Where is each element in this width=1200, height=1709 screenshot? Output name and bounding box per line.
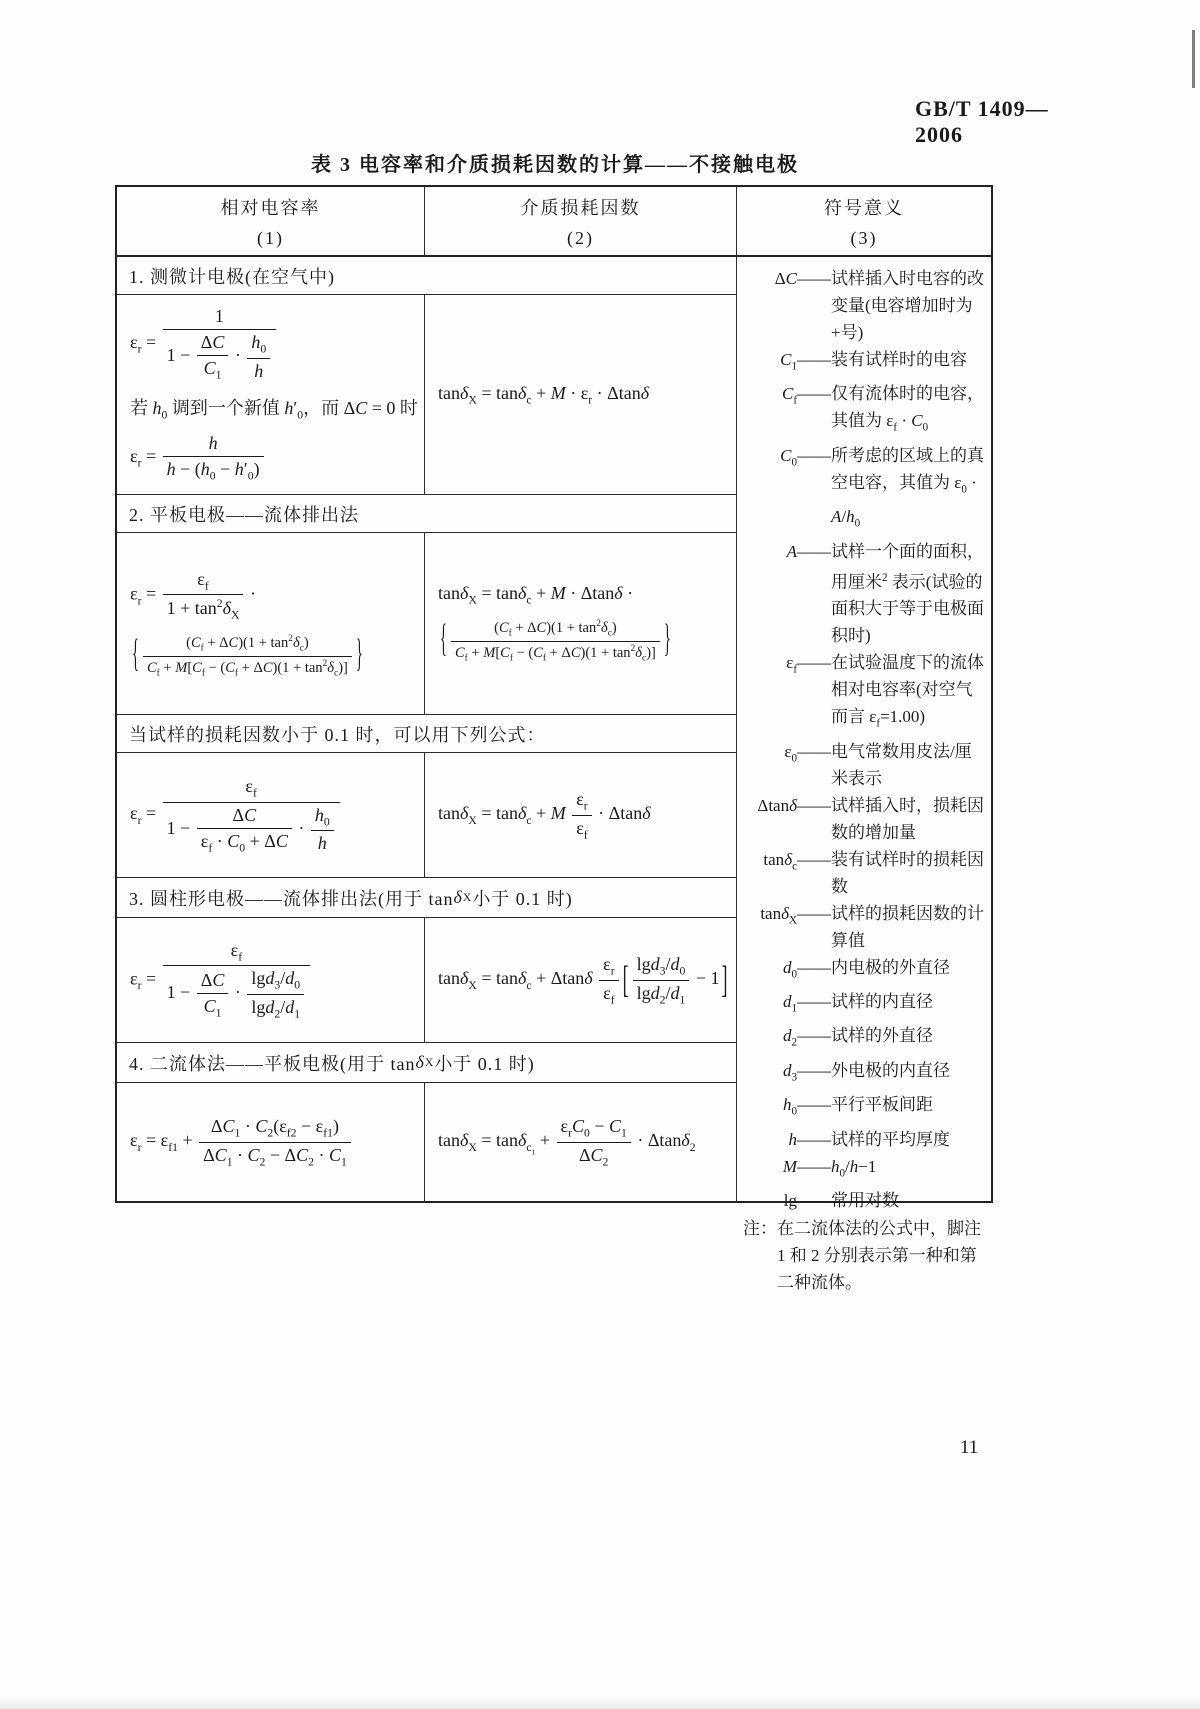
formula-tandelta-1: tanδX = tanδc + M · εr · Δtanδ	[438, 383, 732, 407]
small-loss-note-row: 当试样的损耗因数小于 0.1 时，可以用下列公式：	[117, 715, 737, 753]
small-loss-permittivity-cell: εr = εf1 − ΔCεf · C0 + ΔC · h0h	[117, 753, 425, 878]
formula-table: 相对电容率 (1) 介质损耗因数 (2) 符号意义 (3) 1. 测微计电极(在…	[115, 185, 993, 1203]
formula-epsilon-3: εr = εf1 − ΔCC1 · lgd3/d0lgd2/d1	[130, 940, 420, 1021]
symbol-item: ε0——电气常数用皮法/厘米表示	[743, 738, 985, 792]
symbol-item: ΔC——试样插入时电容的改变量(电容增加时为+号)	[743, 265, 985, 346]
symbol-item: εf——在试验温度下的流体相对电容率(对空气而言 εf=1.00)	[743, 649, 985, 737]
symbol: ε0——	[743, 738, 831, 792]
symbol: A——	[743, 538, 831, 650]
formula-tandelta-3: tanδX = tanδc + Δtanδ εrεf[lgd3/d0lgd2/d…	[438, 954, 732, 1006]
formula-condition: 若 h0 调到一个新值 h′0，而 ΔC = 0 时	[130, 394, 420, 422]
symbol: h——	[743, 1126, 831, 1153]
column-header-label: 相对电容率	[221, 194, 321, 220]
symbol-item: C0——所考虑的区域上的真空电容，其值为 ε0 · A/h0	[743, 442, 985, 538]
symbol-definition: h0/h−1	[831, 1153, 985, 1187]
symbol: C1——	[743, 346, 831, 380]
scan-artifact	[1192, 30, 1195, 88]
symbol: ΔC——	[743, 265, 831, 346]
symbol-item: h0——平行平板间距	[743, 1091, 985, 1125]
symbol-definition: 试样一个面的面积，用厘米2 表示(试验的面积大于等于电极面积时)	[831, 538, 985, 650]
section-2-tandelta-cell: tanδX = tanδc + M · Δtanδ · {(Cf + ΔC)(1…	[425, 533, 737, 715]
symbol-definition: 电气常数用皮法/厘米表示	[831, 738, 985, 792]
symbol-definition: 常用对数	[831, 1187, 985, 1214]
section-2-title: 2. 平板电极——流体排出法	[117, 495, 737, 533]
symbol-definition: 装有试样时的电容	[831, 346, 985, 380]
section-3-permittivity-cell: εr = εf1 − ΔCC1 · lgd3/d0lgd2/d1	[117, 918, 425, 1043]
symbol-item: d3——外电极的内直径	[743, 1057, 985, 1091]
symbol-definition: 所考虑的区域上的真空电容，其值为 ε0 · A/h0	[831, 442, 985, 538]
formula-epsilon-2-line2: {(Cf + ΔC)(1 + tan2δc)Cf + M[Cf − (Cf + …	[130, 634, 420, 678]
symbol: d0——	[743, 954, 831, 988]
symbol-item: h——试样的平均厚度	[743, 1126, 985, 1153]
symbol: d3——	[743, 1057, 831, 1091]
section-4-tandelta-cell: tanδX = tanδc1 + εrC0 − C1ΔC2 · Δtanδ2	[425, 1083, 737, 1201]
formula-epsilon-2-line1: εr = εf1 + tan2δX ·	[130, 569, 420, 622]
formula-epsilon-1a: εr = 11 − ΔCC1 · h0h	[130, 306, 420, 382]
symbol-item: C1——装有试样时的电容	[743, 346, 985, 380]
column-header-label: 介质损耗因数	[521, 194, 641, 220]
symbol: tanδc——	[743, 846, 831, 900]
symbol: Δtanδ——	[743, 792, 831, 846]
symbol-definition: 试样插入时电容的改变量(电容增加时为+号)	[831, 265, 985, 346]
symbol-definition: 仅有流体时的电容，其值为 εf · C0	[831, 380, 985, 441]
column-header-1: 相对电容率 (1)	[117, 187, 425, 257]
formula-epsilon-1b: εr = hh − (h0 − h′0)	[130, 433, 420, 483]
section-4-permittivity-cell: εr = εf1 + ΔC1 · C2(εf2 − εf1)ΔC1 · C2 −…	[117, 1083, 425, 1201]
symbol: εf——	[743, 649, 831, 737]
formula-tandelta-4: tanδX = tanδc1 + εrC0 − C1ΔC2 · Δtanδ2	[438, 1116, 732, 1168]
document-code: GB/T 1409—2006	[915, 96, 1095, 148]
symbols-column: ΔC——试样插入时电容的改变量(电容增加时为+号) C1——装有试样时的电容 C…	[737, 257, 991, 1201]
symbol: lg——	[743, 1187, 831, 1214]
symbol: M——	[743, 1153, 831, 1187]
small-loss-tandelta-cell: tanδX = tanδc + M εrεf · Δtanδ	[425, 753, 737, 878]
symbol: h0——	[743, 1091, 831, 1125]
column-header-num: (2)	[567, 228, 594, 249]
symbol-item: lg——常用对数	[743, 1187, 985, 1214]
column-header-label: 符号意义	[824, 194, 904, 220]
column-header-num: (1)	[257, 228, 284, 249]
section-1-permittivity-cell: εr = 11 − ΔCC1 · h0h 若 h0 调到一个新值 h′0，而 Δ…	[117, 295, 425, 495]
symbol: tanδX——	[743, 900, 831, 954]
symbol-item: d2——试样的外直径	[743, 1022, 985, 1056]
section-3-tandelta-cell: tanδX = tanδc + Δtanδ εrεf[lgd3/d0lgd2/d…	[425, 918, 737, 1043]
section-2-permittivity-cell: εr = εf1 + tan2δX · {(Cf + ΔC)(1 + tan2δ…	[117, 533, 425, 715]
symbol: d2——	[743, 1022, 831, 1056]
symbol-item: d1——试样的内直径	[743, 988, 985, 1022]
column-header-num: (3)	[851, 228, 878, 249]
symbol-item: M——h0/h−1	[743, 1153, 985, 1187]
symbol-definition: 试样的内直径	[831, 988, 985, 1022]
symbol-item: tanδc——装有试样时的损耗因数	[743, 846, 985, 900]
section-4-title: 4. 二流体法——平板电极(用于 tanδX 小于 0.1 时)	[117, 1043, 737, 1083]
formula-tandelta-smallloss: tanδX = tanδc + M εrεf · Δtanδ	[438, 789, 732, 841]
symbol-item: tanδX——试样的损耗因数的计算值	[743, 900, 985, 954]
symbol-definition: 在试验温度下的流体相对电容率(对空气而言 εf=1.00)	[831, 649, 985, 737]
formula-tandelta-2-line1: tanδX = tanδc + M · Δtanδ ·	[438, 583, 732, 607]
symbol-definition: 试样的外直径	[831, 1022, 985, 1056]
symbol: d1——	[743, 988, 831, 1022]
column-header-2: 介质损耗因数 (2)	[425, 187, 737, 257]
formula-epsilon-smallloss: εr = εf1 − ΔCεf · C0 + ΔC · h0h	[130, 776, 420, 854]
table-title: 表 3 电容率和介质损耗因数的计算——不接触电极	[115, 148, 995, 177]
symbol-definition: 平行平板间距	[831, 1091, 985, 1125]
symbol-definition: 外电极的内直径	[831, 1057, 985, 1091]
section-3-title: 3. 圆柱形电极——流体排出法(用于 tanδX 小于 0.1 时)	[117, 878, 737, 918]
symbol-item: Cf——仅有流体时的电容，其值为 εf · C0	[743, 380, 985, 441]
section-1-title: 1. 测微计电极(在空气中)	[117, 257, 737, 295]
table-footnote: 注：在二流体法的公式中，脚注 1 和 2 分别表示第一种和第二种流体。	[743, 1215, 985, 1296]
symbol: Cf——	[743, 380, 831, 441]
symbol: C0——	[743, 442, 831, 538]
symbol-definition: 内电极的外直径	[831, 954, 985, 988]
symbol-definition: 试样的平均厚度	[831, 1126, 985, 1153]
symbol-definition: 试样的损耗因数的计算值	[831, 900, 985, 954]
symbol-definition: 装有试样时的损耗因数	[831, 846, 985, 900]
formula-tandelta-2-line2: {(Cf + ΔC)(1 + tan2δc)Cf + M[Cf − (Cf + …	[438, 619, 732, 663]
scanned-page: GB/T 1409—2006 表 3 电容率和介质损耗因数的计算——不接触电极 …	[0, 0, 1200, 1709]
column-header-3: 符号意义 (3)	[737, 187, 991, 257]
symbol-item: d0——内电极的外直径	[743, 954, 985, 988]
symbol-item: A——试样一个面的面积，用厘米2 表示(试验的面积大于等于电极面积时)	[743, 538, 985, 650]
symbol-item: Δtanδ——试样插入时，损耗因数的增加量	[743, 792, 985, 846]
symbol-definition: 试样插入时，损耗因数的增加量	[831, 792, 985, 846]
scan-edge-shade	[0, 1695, 1200, 1709]
section-1-tandelta-cell: tanδX = tanδc + M · εr · Δtanδ	[425, 295, 737, 495]
formula-epsilon-4: εr = εf1 + ΔC1 · C2(εf2 − εf1)ΔC1 · C2 −…	[130, 1116, 420, 1168]
page-number: 11	[960, 1437, 978, 1459]
